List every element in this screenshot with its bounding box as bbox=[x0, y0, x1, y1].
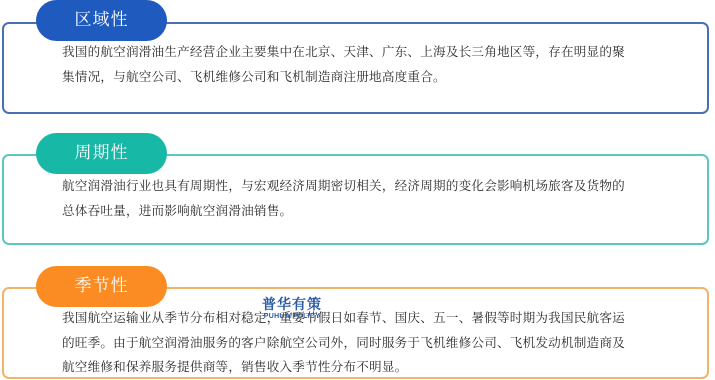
regional-title-badge: 区域性 bbox=[36, 0, 167, 41]
regional-text-line: 集情况，与航空公司、飞机维修公司和飞机制造商注册地高度重合。 bbox=[62, 65, 662, 90]
seasonal-text-line: 的旺季。由于航空润滑油服务的客户除航空公司外，同时服务于飞机维修公司、飞机发动机… bbox=[62, 331, 662, 356]
cyclical-description: 航空润滑油行业也具有周期性，与宏观经济周期密切相关，经济周期的变化会影响机场旅客… bbox=[62, 174, 662, 223]
seasonal-title-badge: 季节性 bbox=[36, 266, 167, 307]
section-seasonal: 季节性 我国航空运输业从季节分布相对稳定，重要节假日如春节、国庆、五一、暑假等时… bbox=[0, 266, 715, 380]
regional-text-line: 我国的航空润滑油生产经营企业主要集中在北京、天津、广东、上海及长三角地区等，存在… bbox=[62, 40, 662, 65]
section-regional: 区域性 我国的航空润滑油生产经营企业主要集中在北京、天津、广东、上海及长三角地区… bbox=[0, 0, 715, 120]
seasonal-text-line: 航空维修和保养服务提供商等，销售收入季节性分布不明显。 bbox=[62, 355, 662, 380]
regional-description: 我国的航空润滑油生产经营企业主要集中在北京、天津、广东、上海及长三角地区等，存在… bbox=[62, 40, 662, 89]
seasonal-description: 我国航空运输业从季节分布相对稳定，重要节假日如春节、国庆、五一、暑假等时期为我国… bbox=[62, 306, 662, 380]
section-cyclical: 周期性 航空润滑油行业也具有周期性，与宏观经济周期密切相关，经济周期的变化会影响… bbox=[0, 133, 715, 253]
cyclical-text-line: 航空润滑油行业也具有周期性，与宏观经济周期密切相关，经济周期的变化会影响机场旅客… bbox=[62, 174, 662, 199]
cyclical-title-badge: 周期性 bbox=[36, 133, 167, 174]
cyclical-text-line: 总体吞吐量，进而影响航空润滑油销售。 bbox=[62, 199, 662, 224]
seasonal-text-line: 我国航空运输业从季节分布相对稳定，重要节假日如春节、国庆、五一、暑假等时期为我国… bbox=[62, 306, 662, 331]
